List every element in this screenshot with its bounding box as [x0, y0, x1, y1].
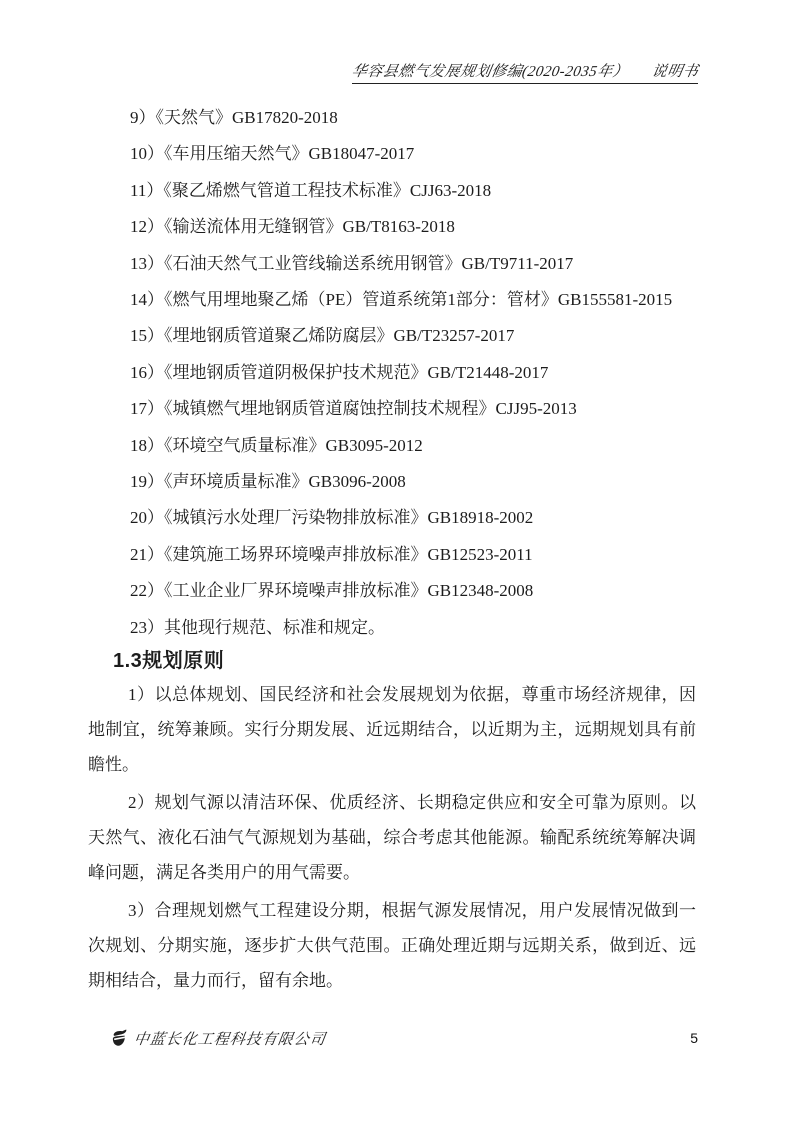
- standards-list-item: 20）《城镇污水处理厂污染物排放标准》GB18918-2002: [88, 500, 696, 536]
- standards-list-item: 21）《建筑施工场界环境噪声排放标准》GB12523-2011: [88, 537, 696, 573]
- body-paragraph: 2）规划气源以清洁环保、优质经济、长期稳定供应和安全可靠为原则。以天然气、液化石…: [88, 785, 696, 890]
- standards-list-item: 22）《工业企业厂界环境噪声排放标准》GB12348-2008: [88, 573, 696, 609]
- standards-list-item: 16）《埋地钢质管道阴极保护技术规范》GB/T21448-2017: [88, 355, 696, 391]
- document-page: 华容县燃气发展规划修编(2020-2035年） 说明书 9）《天然气》GB178…: [0, 0, 794, 1122]
- standards-list-item: 15）《埋地钢质管道聚乙烯防腐层》GB/T23257-2017: [88, 318, 696, 354]
- standards-list-item: 13）《石油天然气工业管线输送系统用钢管》GB/T9711-2017: [88, 246, 696, 282]
- page-header: 华容县燃气发展规划修编(2020-2035年） 说明书: [88, 60, 698, 84]
- footer-company-name: 中蓝长化工程科技有限公司: [133, 1028, 328, 1049]
- standards-list-item: 10）《车用压缩天然气》GB18047-2017: [88, 136, 696, 172]
- standards-list: 9）《天然气》GB17820-2018 10）《车用压缩天然气》GB18047-…: [88, 100, 696, 646]
- standards-list-item: 19）《声环境质量标准》GB3096-2008: [88, 464, 696, 500]
- standards-list-item: 12）《输送流体用无缝钢管》GB/T8163-2018: [88, 209, 696, 245]
- header-title: 华容县燃气发展规划修编(2020-2035年） 说明书: [350, 60, 700, 81]
- page-footer: 中蓝长化工程科技有限公司 5: [88, 1024, 698, 1052]
- company-logo-icon: [110, 1028, 128, 1048]
- standards-list-item: 18）《环境空气质量标准》GB3095-2012: [88, 428, 696, 464]
- section-heading: 1.3规划原则: [113, 644, 224, 673]
- body-paragraph: 1）以总体规划、国民经济和社会发展规划为依据，尊重市场经济规律，因地制宜，统筹兼…: [88, 677, 696, 782]
- standards-list-item: 11）《聚乙烯燃气管道工程技术标准》CJJ63-2018: [88, 173, 696, 209]
- standards-list-item: 17）《城镇燃气埋地钢质管道腐蚀控制技术规程》CJJ95-2013: [88, 391, 696, 427]
- standards-list-item: 14）《燃气用埋地聚乙烯（PE）管道系统第1部分：管材》GB155581-201…: [88, 282, 696, 318]
- section-body: 1）以总体规划、国民经济和社会发展规划为依据，尊重市场经济规律，因地制宜，统筹兼…: [88, 677, 696, 1001]
- page-number: 5: [690, 1030, 698, 1046]
- standards-list-item: 23）其他现行规范、标准和规定。: [88, 610, 696, 646]
- standards-list-item: 9）《天然气》GB17820-2018: [88, 100, 696, 136]
- header-underline: 华容县燃气发展规划修编(2020-2035年） 说明书: [352, 60, 699, 84]
- body-paragraph: 3）合理规划燃气工程建设分期，根据气源发展情况，用户发展情况做到一次规划、分期实…: [88, 893, 696, 998]
- footer-company: 中蓝长化工程科技有限公司: [110, 1028, 326, 1049]
